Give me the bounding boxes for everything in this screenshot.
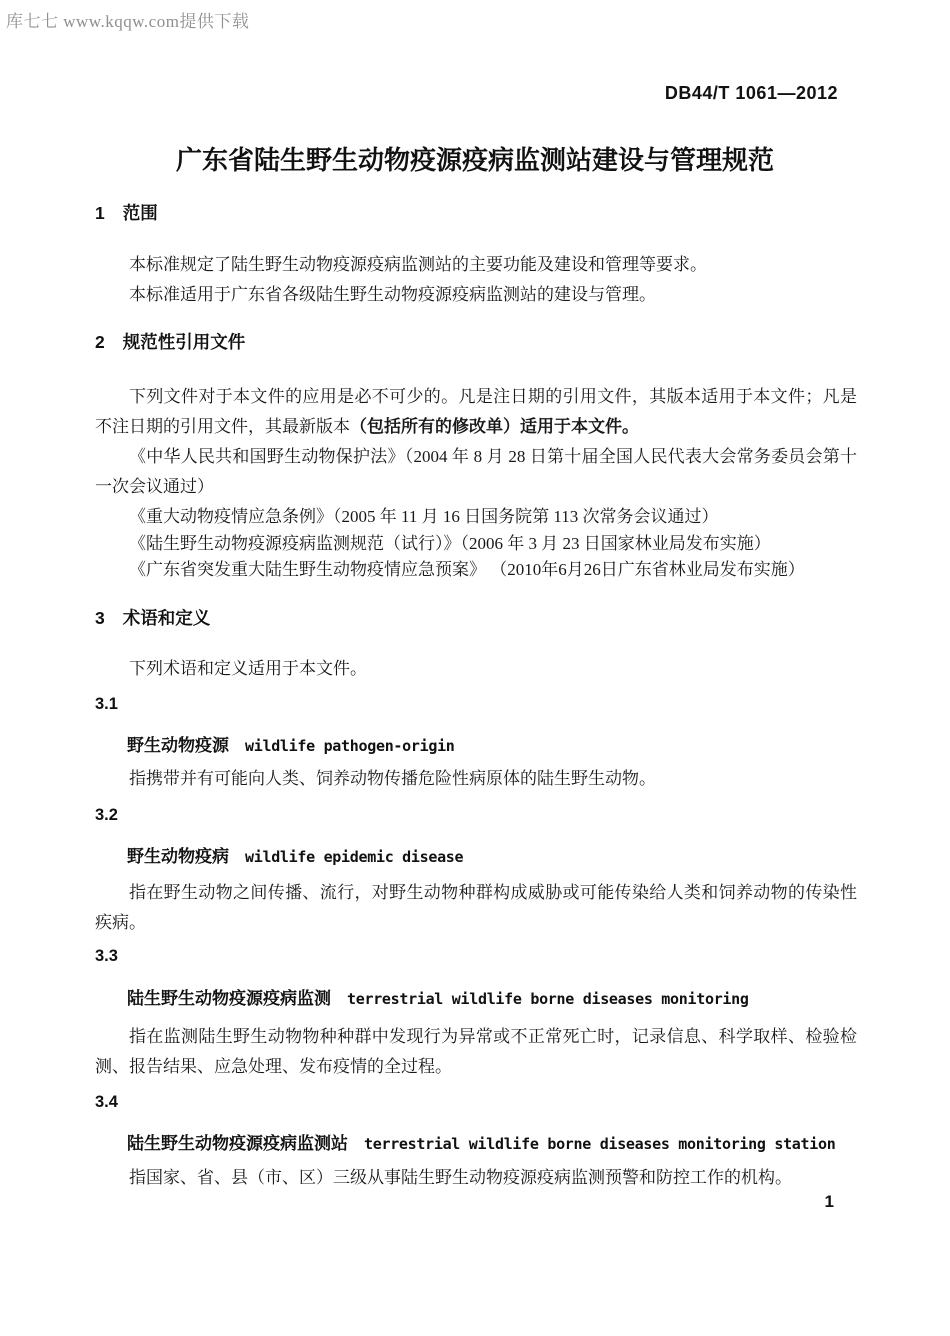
term-definition-3-1: 指携带并有可能向人类、饲养动物传播危险性病原体的陆生野生动物。 [95, 764, 857, 794]
term-line-3-4: 陆生野生动物疫源疫病监测站terrestrial wildlife borne … [95, 1129, 857, 1154]
section-heading-normative-references: 2规范性引用文件 [95, 330, 857, 354]
section-heading-scope: 1范围 [95, 201, 857, 225]
term-en-3-4: terrestrial wildlife borne diseases moni… [364, 1135, 835, 1153]
section-label-normative-references: 规范性引用文件 [123, 332, 246, 352]
section-heading-terms: 3术语和定义 [95, 606, 857, 630]
page-number: 1 [825, 1192, 834, 1212]
term-zh-3-2: 野生动物疫病 [127, 847, 229, 866]
section-number-terms: 3 [95, 606, 105, 630]
document-title: 广东省陆生野生动物疫源疫病监测站建设与管理规范 [0, 140, 950, 177]
term-line-3-3: 陆生野生动物疫源疫病监测terrestrial wildlife borne d… [95, 984, 857, 1009]
section-label-scope: 范围 [123, 203, 158, 223]
term-number-3-3: 3.3 [95, 947, 857, 966]
section-number-scope: 1 [95, 201, 105, 225]
section-number-normative-references: 2 [95, 330, 105, 354]
term-zh-3-1: 野生动物疫源 [127, 736, 229, 755]
term-en-3-3: terrestrial wildlife borne diseases moni… [347, 990, 749, 1008]
reference-item-4: 《广东省突发重大陆生野生动物疫情应急预案》 （2010年6月26日广东省林业局发… [95, 555, 857, 585]
terms-intro: 下列术语和定义适用于本文件。 [95, 654, 857, 684]
scope-paragraph-2: 本标准适用于广东省各级陆生野生动物疫源疫病监测站的建设与管理。 [95, 280, 857, 310]
scope-paragraph-1: 本标准规定了陆生野生动物疫源疫病监测站的主要功能及建设和管理等要求。 [95, 250, 857, 280]
term-line-3-1: 野生动物疫源wildlife pathogen-origin [95, 731, 857, 756]
term-zh-3-3: 陆生野生动物疫源疫病监测 [127, 989, 331, 1008]
term-zh-3-4: 陆生野生动物疫源疫病监测站 [127, 1134, 348, 1153]
standard-doc-number: DB44/T 1061—2012 [665, 83, 838, 104]
term-number-3-1: 3.1 [95, 695, 857, 714]
document-page: 库七七 www.kqqw.com提供下载 DB44/T 1061—2012 广东… [0, 0, 950, 1336]
term-definition-3-4: 指国家、省、县（市、区）三级从事陆生野生动物疫源疫病监测预警和防控工作的机构。 [95, 1163, 857, 1193]
term-definition-3-2: 指在野生动物之间传播、流行，对野生动物种群构成威胁或可能传染给人类和饲养动物的传… [95, 878, 857, 938]
term-number-3-4: 3.4 [95, 1093, 857, 1112]
term-number-3-2: 3.2 [95, 806, 857, 825]
reference-item-2: 《重大动物疫情应急条例》（2005 年 11 月 16 日国务院第 113 次常… [95, 502, 857, 532]
term-en-3-2: wildlife epidemic disease [245, 848, 463, 866]
normative-references-intro-bold: （包括所有的修改单）适用于本文件。 [350, 417, 639, 436]
term-definition-3-3: 指在监测陆生野生动物物种种群中发现行为异常或不正常死亡时，记录信息、科学取样、检… [95, 1022, 857, 1082]
reference-item-1: 《中华人民共和国野生动物保护法》（2004 年 8 月 28 日第十届全国人民代… [95, 442, 857, 502]
section-label-terms: 术语和定义 [123, 608, 211, 628]
term-line-3-2: 野生动物疫病wildlife epidemic disease [95, 842, 857, 867]
term-en-3-1: wildlife pathogen-origin [245, 737, 455, 755]
normative-references-intro: 下列文件对于本文件的应用是必不可少的。凡是注日期的引用文件，其版本适用于本文件；… [95, 382, 857, 442]
watermark-text: 库七七 www.kqqw.com提供下载 [6, 7, 249, 32]
